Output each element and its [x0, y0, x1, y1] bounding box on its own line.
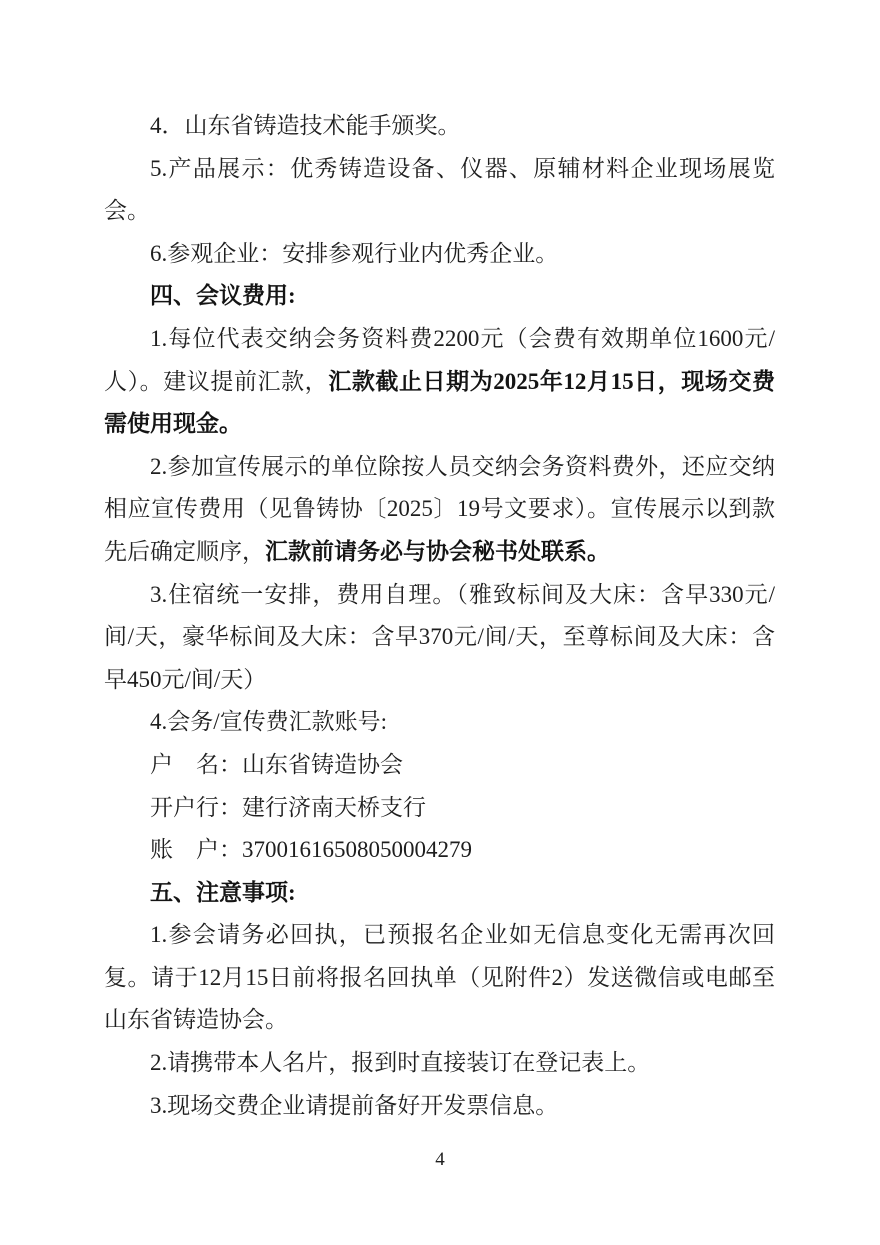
list-item-visit: 6.参观企业：安排参观行业内优秀企业。 — [104, 233, 775, 276]
list-item-visit-text: 6.参观企业：安排参观行业内优秀企业。 — [150, 241, 558, 266]
section-heading-notes-text: 五、注意事项: — [150, 880, 296, 905]
list-item-product-show: 5.产品展示：优秀铸造设备、仪器、原辅材料企业现场展览会。 — [104, 148, 775, 233]
account-name-text: 户 名：山东省铸造协会 — [150, 752, 403, 777]
account-number-text: 账 户：37001616508050004279 — [150, 837, 472, 862]
section-heading-fees: 四、会议费用: — [104, 275, 775, 318]
account-number-line: 账 户：37001616508050004279 — [104, 829, 775, 872]
fees-item-2: 2.参加宣传展示的单位除按人员交纳会务资料费外，还应交纳相应宣传费用（见鲁铸协〔… — [104, 446, 775, 574]
page-footer: 4 — [0, 1146, 880, 1174]
fees-item-4-text: 4.会务/宣传费汇款账号: — [150, 709, 387, 734]
fees-item-3-text: 3.住宿统一安排，费用自理。（雅致标间及大床：含早330元/间/天，豪华标间及大… — [104, 582, 775, 692]
section-heading-fees-text: 四、会议费用: — [150, 283, 296, 308]
account-name-line: 户 名：山东省铸造协会 — [104, 744, 775, 787]
section-heading-notes: 五、注意事项: — [104, 872, 775, 915]
fees-item-3: 3.住宿统一安排，费用自理。（雅致标间及大床：含早330元/间/天，豪华标间及大… — [104, 574, 775, 702]
fees-item-2-bold: 汇款前请务必与协会秘书处联系。 — [265, 539, 610, 564]
notes-item-2-text: 2.请携带本人名片，报到时直接装订在登记表上。 — [150, 1050, 650, 1075]
document-page: 4．山东省铸造技术能手颁奖。 5.产品展示：优秀铸造设备、仪器、原辅材料企业现场… — [0, 0, 880, 1245]
fees-item-1: 1.每位代表交纳会务资料费2200元（会费有效期单位1600元/人）。建议提前汇… — [104, 318, 775, 446]
bank-branch-text: 开户行：建行济南天桥支行 — [150, 795, 426, 820]
notes-item-1: 1.参会请务必回执，已预报名企业如无信息变化无需再次回复。请于12月15日前将报… — [104, 914, 775, 1042]
list-item-award-text: 4．山东省铸造技术能手颁奖。 — [150, 113, 461, 138]
fees-item-4: 4.会务/宣传费汇款账号: — [104, 701, 775, 744]
notes-item-1-text: 1.参会请务必回执，已预报名企业如无信息变化无需再次回复。请于12月15日前将报… — [104, 922, 775, 1032]
notes-item-3: 3.现场交费企业请提前备好开发票信息。 — [104, 1085, 775, 1128]
list-item-award: 4．山东省铸造技术能手颁奖。 — [104, 105, 775, 148]
notes-item-2: 2.请携带本人名片，报到时直接装订在登记表上。 — [104, 1042, 775, 1085]
document-body: 4．山东省铸造技术能手颁奖。 5.产品展示：优秀铸造设备、仪器、原辅材料企业现场… — [104, 105, 775, 1127]
notes-item-3-text: 3.现场交费企业请提前备好开发票信息。 — [150, 1093, 558, 1118]
page-number: 4 — [435, 1149, 445, 1170]
list-item-product-show-text: 5.产品展示：优秀铸造设备、仪器、原辅材料企业现场展览会。 — [104, 156, 775, 224]
bank-branch-line: 开户行：建行济南天桥支行 — [104, 787, 775, 830]
